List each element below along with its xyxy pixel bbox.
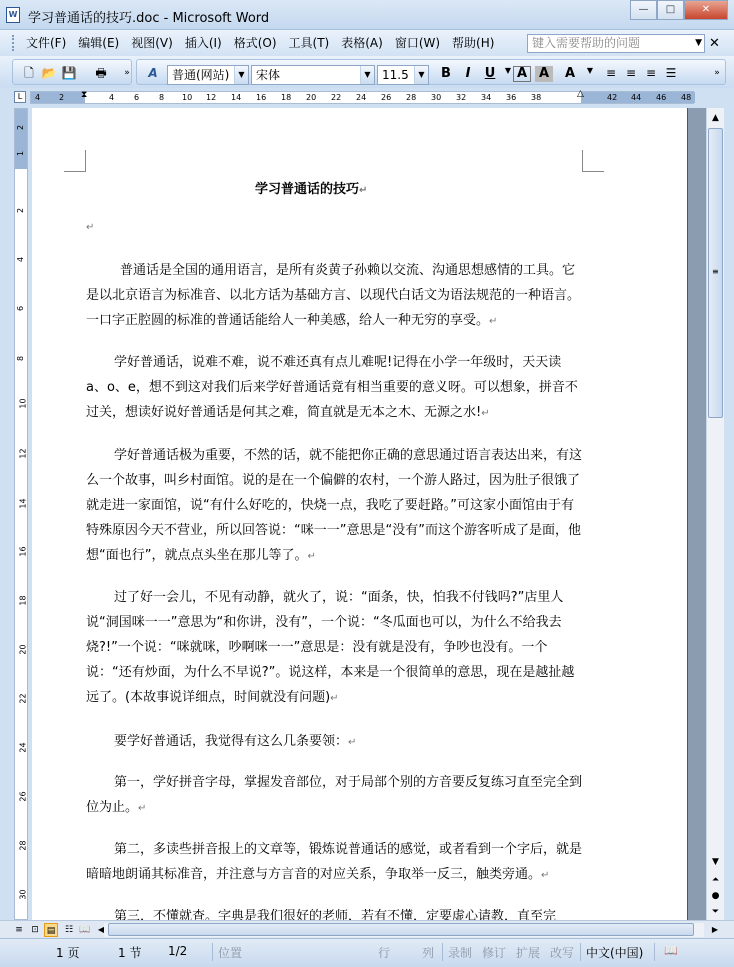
menu-edit[interactable]: 编辑(E) xyxy=(72,35,125,51)
paragraph-text: 普通话是全国的通用语言，是所有炎黄子孙赖以交流、沟通思想感情的工具。它是以北京语… xyxy=(86,263,580,328)
menu-help[interactable]: 帮助(H) xyxy=(446,35,500,51)
document-area[interactable]: 学习普通话的技巧↵ ↵ 普通话是全国的通用语言，是所有炎黄子孙赖以交流、沟通思想… xyxy=(32,108,706,920)
paragraph-mark: ↵ xyxy=(348,737,356,748)
vertical-scrollbar[interactable]: ▲ ≡ ▼ ⏶ ● ⏷ xyxy=(706,108,724,920)
status-bar: 1 页 1 节 1/2 位置 行 列 录制 修订 扩展 改写 中文(中国) 📖 xyxy=(0,938,734,967)
menu-table[interactable]: 表格(A) xyxy=(335,35,389,51)
standard-toolbar: 🗋 📂 💾 🖶 » xyxy=(12,59,132,85)
previous-page-icon[interactable]: ⏶ xyxy=(708,872,723,888)
ruler-number: 2 xyxy=(16,208,25,213)
paragraph-8[interactable]: 第三，不懂就查。字典是我们很好的老师，若有不懂，定要虚心请教，直至完 xyxy=(86,904,582,920)
ruler-number: 36 xyxy=(506,92,516,103)
ruler-number: 16 xyxy=(19,546,28,556)
ruler-number: 28 xyxy=(406,92,416,103)
ruler-number: 30 xyxy=(431,92,441,103)
normal-view-icon[interactable]: ≡ xyxy=(12,923,26,937)
paragraph-text: 第二，多读些拼音报上的文章等，锻炼说普通话的感觉，或者看到一个字后，就是暗暗地朗… xyxy=(86,842,582,882)
ruler-number: 22 xyxy=(19,693,28,703)
toolbar-options-icon[interactable]: » xyxy=(709,65,725,81)
paragraph-text: 要学好普通话，我觉得有这么几条要领： xyxy=(114,734,348,749)
status-column[interactable]: 列 xyxy=(422,944,434,961)
status-page[interactable]: 1 页 xyxy=(56,944,79,961)
ruler-number: 10 xyxy=(182,92,192,103)
paragraph-4[interactable]: 过了好一会儿，不见有动静，就火了，说：“面条，快，怕我不付钱吗?”店里人说“洞国… xyxy=(86,585,582,711)
paragraph-5[interactable]: 要学好普通话，我觉得有这么几条要领：↵ xyxy=(86,729,582,755)
horizontal-scroll-row: ≡ ⊡ ▤ ☷ 📖 ◀ ▶ xyxy=(0,920,734,938)
status-line[interactable]: 行 xyxy=(378,944,390,961)
paragraph-6[interactable]: 第一，学好拼音字母，掌握发音部位，对于局部个别的方音要反复练习直至完全到位为止。… xyxy=(86,770,582,821)
top-margin xyxy=(15,109,27,169)
align-center-icon[interactable]: ≡ xyxy=(623,65,639,81)
scroll-up-icon[interactable]: ▲ xyxy=(708,110,723,126)
select-browse-object-icon[interactable]: ● xyxy=(708,888,723,904)
scroll-right-icon[interactable]: ▶ xyxy=(708,923,722,937)
ruler-number: 22 xyxy=(331,92,341,103)
justify-icon[interactable]: ☰ xyxy=(663,65,679,81)
paragraph-mark: ↵ xyxy=(359,185,367,196)
char-border-button[interactable]: A xyxy=(513,66,531,82)
close-button[interactable]: ✕ xyxy=(684,0,728,20)
ruler-number: 18 xyxy=(19,595,28,605)
align-right-icon[interactable]: ≡ xyxy=(643,65,659,81)
chevron-down-icon[interactable]: ▼ xyxy=(414,66,428,84)
ruler-track: 4 2 ⧗ 4 6 8 10 12 14 16 18 20 22 24 26 2… xyxy=(30,91,694,104)
ruler-number: 1 xyxy=(16,151,25,156)
close-document-button[interactable]: ✕ xyxy=(709,36,720,51)
status-overtype[interactable]: 改写 xyxy=(550,944,574,961)
paragraph-text: 学好普通话极为重要，不然的话，就不能把你正确的意思通过语言表达出来，有这么一个故… xyxy=(86,448,582,563)
ruler-number: 26 xyxy=(381,92,391,103)
print-icon[interactable]: 🖶 xyxy=(93,65,109,81)
status-position[interactable]: 位置 xyxy=(218,944,242,961)
bold-button[interactable]: B xyxy=(437,66,455,81)
grip-icon: ≡ xyxy=(712,267,719,276)
chevron-down-icon[interactable]: ▼ xyxy=(234,66,248,84)
ruler-number: 14 xyxy=(19,498,28,508)
paragraph-mark: ↵ xyxy=(86,222,94,233)
crop-mark-top-right xyxy=(582,150,604,172)
paragraph-mark: ↵ xyxy=(307,551,315,562)
scroll-down-icon[interactable]: ▼ xyxy=(708,854,723,870)
paragraph-text: 第三，不懂就查。字典是我们很好的老师，若有不懂，定要虚心请教，直至完 xyxy=(114,909,556,920)
ruler-number: 46 xyxy=(656,92,666,103)
chevron-down-icon[interactable]: ▼ xyxy=(360,66,374,84)
print-layout-view-icon[interactable]: ▤ xyxy=(44,923,58,937)
styles-pane-icon[interactable]: A xyxy=(145,65,161,81)
font-size-select[interactable]: 11.5 ▼ xyxy=(377,65,429,85)
style-select[interactable]: 普通(网站) ▼ xyxy=(167,65,249,85)
paragraph-7[interactable]: 第二，多读些拼音报上的文章等，锻炼说普通话的感觉，或者看到一个字后，就是暗暗地朗… xyxy=(86,837,582,888)
chevron-down-icon[interactable]: ▼ xyxy=(581,66,599,75)
menu-file[interactable]: 文件(F) xyxy=(20,35,72,51)
toolbar: 🗋 📂 💾 🖶 » A 普通(网站) ▼ 宋体 ▼ 11.5 ▼ B I U ▼… xyxy=(0,56,734,88)
new-document-icon[interactable]: 🗋 xyxy=(21,65,37,81)
ruler-number: 26 xyxy=(19,791,28,801)
toolbar-grip[interactable] xyxy=(12,35,15,51)
ruler-number: 18 xyxy=(281,92,291,103)
reading-layout-view-icon[interactable]: 📖 xyxy=(78,923,92,937)
document-title: 学习普通话的技巧↵ xyxy=(255,178,367,197)
horizontal-scrollbar[interactable] xyxy=(104,923,704,937)
paragraph-text: 过了好一会儿，不见有动静，就火了，说：“面条，快，怕我不付钱吗?”店里人说“洞国… xyxy=(86,590,574,705)
paragraph-1[interactable]: 普通话是全国的通用语言，是所有炎黄子孙赖以交流、沟通思想感情的工具。它是以北京语… xyxy=(86,258,582,334)
menu-format[interactable]: 格式(O) xyxy=(228,35,283,51)
ruler-number: 14 xyxy=(231,92,241,103)
font-value: 宋体 xyxy=(256,68,280,82)
ruler-number: 20 xyxy=(19,644,28,654)
status-extend[interactable]: 扩展 xyxy=(516,944,540,961)
menu-view[interactable]: 视图(V) xyxy=(125,35,179,51)
font-size-value: 11.5 xyxy=(382,68,409,82)
ruler-number: 10 xyxy=(19,398,28,408)
ruler-number: 12 xyxy=(206,92,216,103)
style-value: 普通(网站) xyxy=(172,68,229,82)
divider xyxy=(442,943,443,961)
vertical-ruler[interactable]: 2 1 2 4 6 8 10 12 14 16 18 20 22 24 26 2… xyxy=(10,108,32,920)
chevron-down-icon[interactable]: ▼ xyxy=(695,35,702,52)
char-shading-button[interactable]: A xyxy=(535,66,553,82)
status-record[interactable]: 录制 xyxy=(448,944,472,961)
save-icon[interactable]: 💾 xyxy=(61,65,77,81)
horizontal-scroll-thumb[interactable] xyxy=(108,923,694,936)
title-bar: W 学习普通话的技巧.doc - Microsoft Word — □ ✕ xyxy=(0,0,734,30)
status-section[interactable]: 1 节 xyxy=(118,944,141,961)
ruler-number: 32 xyxy=(456,92,466,103)
ruler-number: 16 xyxy=(256,92,266,103)
vertical-scroll-thumb[interactable]: ≡ xyxy=(708,128,723,418)
outline-view-icon[interactable]: ☷ xyxy=(62,923,76,937)
underline-button[interactable]: U xyxy=(481,66,499,81)
help-search-placeholder: 键入需要帮助的问题 xyxy=(532,36,640,50)
menu-window[interactable]: 窗口(W) xyxy=(389,35,446,51)
ruler-number: 34 xyxy=(481,92,491,103)
paragraph-mark: ↵ xyxy=(330,693,338,704)
ruler-number: 20 xyxy=(306,92,316,103)
ruler-number: 8 xyxy=(159,92,164,103)
paragraph-mark: ↵ xyxy=(481,408,489,419)
menu-insert[interactable]: 插入(I) xyxy=(179,35,228,51)
divider xyxy=(212,943,213,961)
menu-tools[interactable]: 工具(T) xyxy=(283,35,336,51)
ruler-number: 24 xyxy=(19,742,28,752)
ruler-number: 6 xyxy=(16,306,25,311)
paragraph-2[interactable]: 学好普通话，说难不难，说不难还真有点儿难呢!记得在小学一年级时，天天读a、o、e… xyxy=(86,350,582,426)
status-track-changes[interactable]: 修订 xyxy=(482,944,506,961)
open-folder-icon[interactable]: 📂 xyxy=(41,65,57,81)
ruler-number: 2 xyxy=(16,125,25,130)
horizontal-ruler[interactable]: L 4 2 ⧗ 4 6 8 10 12 14 16 18 20 22 24 26… xyxy=(0,88,734,108)
paragraph-mark: ↵ xyxy=(541,870,549,881)
maximize-button[interactable]: □ xyxy=(657,0,684,20)
status-page-of[interactable]: 1/2 xyxy=(168,944,187,958)
tab-stop-selector[interactable]: L xyxy=(14,91,26,103)
paragraph-text: 学好普通话，说难不难，说不难还真有点儿难呢!记得在小学一年级时，天天读a、o、e… xyxy=(86,355,578,420)
web-layout-view-icon[interactable]: ⊡ xyxy=(28,923,42,937)
spelling-grammar-status-icon[interactable]: 📖 xyxy=(664,944,678,957)
paragraph-text: 第一，学好拼音字母，掌握发音部位，对于局部个别的方音要反复练习直至完全到位为止。 xyxy=(86,775,582,815)
ruler-number: 30 xyxy=(19,889,28,899)
help-search-input[interactable]: 键入需要帮助的问题 ▼ xyxy=(527,34,705,53)
minimize-button[interactable]: — xyxy=(630,0,657,20)
crop-mark-top-left xyxy=(64,150,86,172)
ruler-number: 38 xyxy=(531,92,541,103)
ruler-number: 4 xyxy=(109,92,114,103)
char-scale-icon[interactable]: A xyxy=(561,66,579,81)
align-left-icon[interactable]: ≡ xyxy=(603,65,619,81)
right-indent-marker-icon[interactable]: △ xyxy=(577,89,584,99)
ruler-number: 44 xyxy=(631,92,641,103)
ruler-number: 8 xyxy=(16,356,25,361)
toolbar-options-icon[interactable]: » xyxy=(119,65,135,81)
italic-button[interactable]: I xyxy=(459,66,477,81)
ruler-number: 2 xyxy=(59,92,64,103)
menu-bar: 文件(F) 编辑(E) 视图(V) 插入(I) 格式(O) 工具(T) 表格(A… xyxy=(0,30,734,56)
vruler-track: 2 1 2 4 6 8 10 12 14 16 18 20 22 24 26 2… xyxy=(14,108,28,920)
indent-marker-icon[interactable]: ⧗ xyxy=(81,90,87,100)
word-app-icon[interactable]: W xyxy=(6,7,20,23)
formatting-toolbar: A 普通(网站) ▼ 宋体 ▼ 11.5 ▼ B I U ▼ A A A ▼ ≡… xyxy=(136,59,726,85)
paragraph-3[interactable]: 学好普通话极为重要，不然的话，就不能把你正确的意思通过语言表达出来，有这么一个故… xyxy=(86,443,582,569)
ruler-number: 4 xyxy=(16,257,25,262)
window-title: 学习普通话的技巧.doc - Microsoft Word xyxy=(28,7,269,26)
document-page[interactable]: 学习普通话的技巧↵ ↵ 普通话是全国的通用语言，是所有炎黄子孙赖以交流、沟通思想… xyxy=(32,108,688,920)
paragraph-mark: ↵ xyxy=(138,803,146,814)
document-title-text: 学习普通话的技巧 xyxy=(255,182,359,197)
ruler-number: 24 xyxy=(356,92,366,103)
divider xyxy=(580,943,581,961)
ruler-number: 4 xyxy=(35,92,40,103)
ruler-number: 42 xyxy=(607,92,617,103)
ruler-number: 28 xyxy=(19,840,28,850)
ruler-number: 48 xyxy=(681,92,691,103)
ruler-number: 12 xyxy=(19,448,28,458)
font-select[interactable]: 宋体 ▼ xyxy=(251,65,375,85)
ruler-number: 6 xyxy=(134,92,139,103)
paragraph-mark: ↵ xyxy=(489,316,497,327)
divider xyxy=(654,943,655,961)
next-page-icon[interactable]: ⏷ xyxy=(708,904,723,920)
status-language[interactable]: 中文(中国) xyxy=(586,944,643,961)
